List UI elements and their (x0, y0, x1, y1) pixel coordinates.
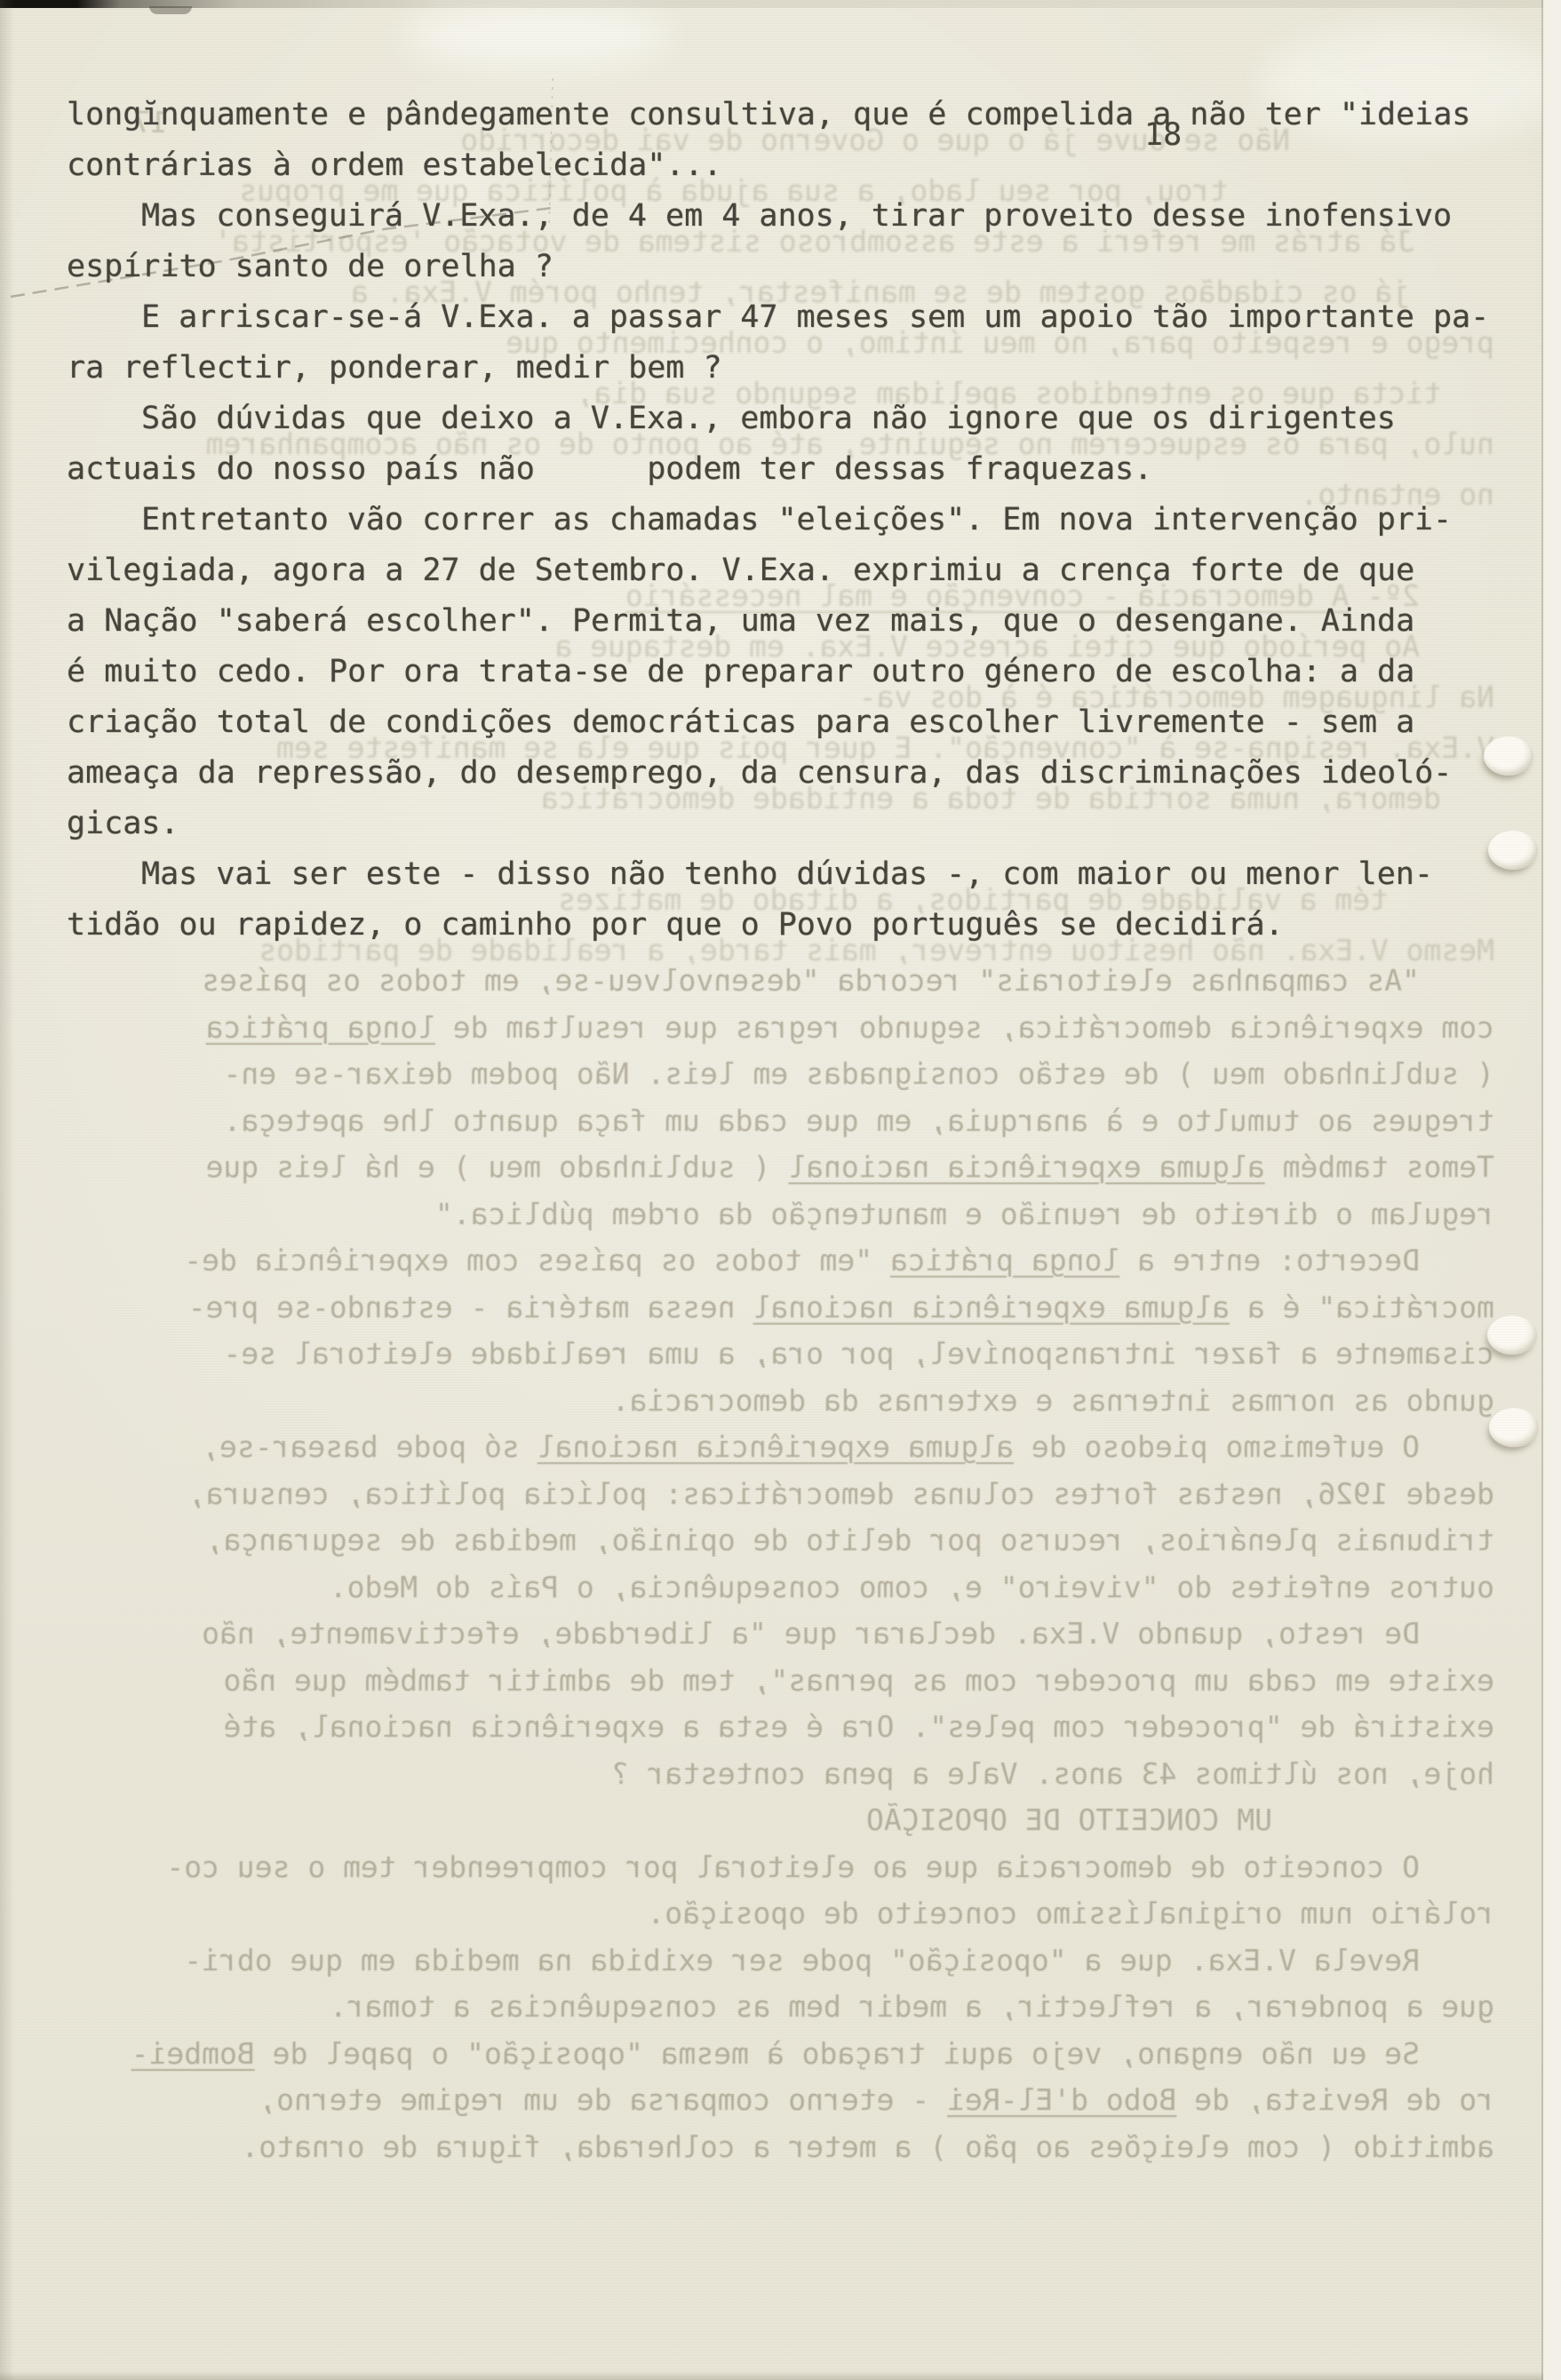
bleed-line: outros enfeites do "viveiro" e, como con… (330, 1564, 1494, 1611)
page-edge-left (0, 0, 14, 2380)
bleed-line: O conceito de democracia que ao eleitora… (166, 1844, 1420, 1890)
typed-line: ameaça da repressão, do desemprego, da c… (67, 749, 1452, 798)
underlined-text: alguma experiência nacional (538, 1429, 1014, 1464)
paper-emboss-bump (1487, 1316, 1537, 1355)
bleed-line: rolário num originalíssimo conceito de o… (647, 1890, 1494, 1937)
bleed-line: gue a ponderar, a reflectir, a medir bem… (330, 1984, 1494, 2030)
bleed-line: gundo as normas internas e externas da d… (612, 1378, 1494, 1424)
bleed-line: De resto, quando V.Exa. declarar que "a … (202, 1611, 1420, 1657)
bleed-line: desde 1926, nestas fortes colunas democr… (188, 1471, 1494, 1517)
page-edge-notch (149, 6, 192, 14)
typed-line: São dúvidas que deixo a V.Exa., embora n… (141, 394, 1396, 443)
typed-line: tidão ou rapidez, o caminho por que o Po… (67, 901, 1284, 950)
bleed-line: O eufemismo piedoso de alguma experiênci… (202, 1424, 1420, 1470)
bleed-line: regulam o direito de reunião e manutençã… (435, 1191, 1494, 1238)
paper-emboss-bump (1488, 831, 1538, 870)
underlined-text: Bombei- (131, 2036, 255, 2071)
page-edge-bottom (0, 2371, 1561, 2380)
bleed-heading-line: UM CONCEITO DE OPOSIÇÃO (866, 1797, 1272, 1843)
typed-line: a Nação "saberá escolher". Permita, uma … (67, 597, 1414, 646)
paper-emboss-bump (1484, 736, 1533, 776)
typed-line: gicas. (67, 800, 179, 848)
typed-line: Mas vai ser este - disso não tenho dúvid… (141, 850, 1433, 899)
bleed-line: cisamente a fazer intransponível, por or… (224, 1331, 1494, 1377)
bleed-line: existe em cada um proceder com as pernas… (224, 1658, 1494, 1704)
typed-line: contrárias à ordem estabelecida"... (67, 141, 722, 190)
bleed-line: tregues ao tumulto e à anarquia, em que … (224, 1098, 1494, 1144)
scanner-background-strip (1541, 0, 1561, 2380)
paper-emboss-bump (1489, 1408, 1539, 1447)
bleed-line: "As campanhas eleitorais" recorda "desen… (202, 958, 1420, 1004)
typed-line: actuais do nosso país não podem ter dess… (67, 445, 1152, 494)
typed-line: vilegiada, agora a 27 de Setembro. V.Exa… (67, 546, 1414, 595)
paper-crease-highlight (404, 0, 671, 71)
bleed-line: ( sublinhado meu ) de estão consignadas … (224, 1051, 1494, 1097)
bleed-line: Temos também alguma experiência nacional… (206, 1144, 1494, 1190)
typed-line: E arriscar-se-á V.Exa. a passar 47 meses… (141, 293, 1489, 342)
underlined-text: longa prática (206, 1010, 435, 1045)
page-edge-top (0, 0, 1561, 8)
typed-line: criação total de condições democráticas … (67, 698, 1414, 747)
bleed-line: ro de Revista, de Bobo d'El-Rei - eterno… (259, 2077, 1494, 2123)
bleed-line: Se eu não engano, vejo aqui traçado à me… (131, 2031, 1420, 2077)
bleed-line: hoje, nos últimos 43 anos. Vale a pena c… (612, 1751, 1494, 1797)
bleed-line: tribunais plenários, recurso por delito … (206, 1517, 1494, 1564)
typed-line: é muito cedo. Por ora trata-se de prepar… (67, 648, 1414, 696)
bleed-line: Decerto: entre a longa prática "em todos… (184, 1238, 1420, 1284)
underlined-text: alguma experiência nacional (788, 1150, 1264, 1184)
scanned-page-sheet: 17 "As campanhas eleitorais" recorda "de… (0, 0, 1561, 2380)
underlined-text: alguma experiência nacional (753, 1290, 1230, 1325)
typed-line: Entretanto vão correr as chamadas "eleiç… (141, 496, 1452, 545)
typed-line: Mas conseguirá V.Exa., de 4 em 4 anos, t… (141, 192, 1452, 241)
bleed-line: existirá de "proceder com peles". Ora é … (224, 1704, 1494, 1750)
typed-line: espírito santo de orelha ? (67, 243, 554, 291)
bleed-line: com experiência democrática, segundo reg… (206, 1005, 1494, 1051)
bleed-line: Revela V.Exa. que a "oposição" pode ser … (184, 1938, 1420, 1984)
underlined-text: longa prática (890, 1243, 1119, 1278)
bleed-line: mocrática" é a alguma experiência nacion… (188, 1285, 1494, 1331)
typed-line: ra reflectir, ponderar, medir bem ? (67, 344, 722, 393)
bleed-line: admitido ( com eleições ao pão ) a meter… (241, 2124, 1494, 2170)
underlined-text: Bobo d'El-Rei (947, 2082, 1176, 2117)
typed-line: longĭnquamente e pândegamente consultiva… (67, 91, 1470, 139)
